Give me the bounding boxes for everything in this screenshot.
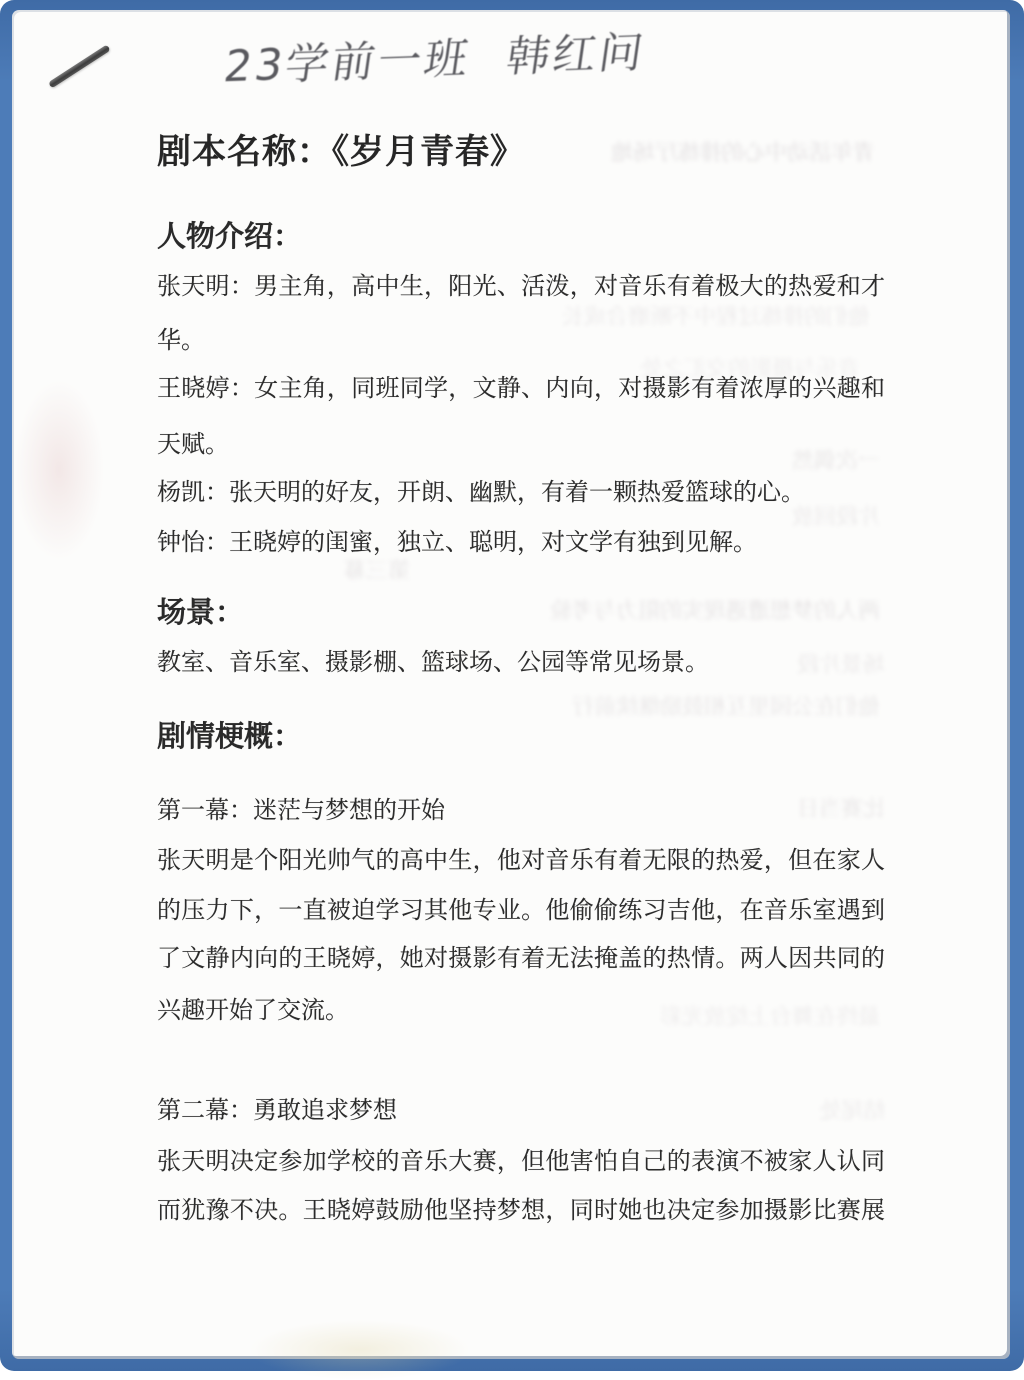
script-title: 剧本名称：《岁月青春》 — [157, 124, 525, 173]
act2-line: 张天明决定参加学校的音乐大赛，但他害怕自己的表演不被家人认同 — [157, 1141, 885, 1176]
act1-line: 的压力下，一直被迫学习其他专业。他偷偷练习吉他，在音乐室遇到 — [157, 890, 885, 925]
act1-line: 兴趣开始了交流。 — [157, 990, 349, 1025]
heading-scenes: 场景： — [157, 590, 244, 631]
act2-line: 而犹豫不决。王晓婷鼓励他坚持梦想，同时她也决定参加摄影比赛展 — [157, 1190, 885, 1225]
handwriting-gap — [468, 71, 504, 72]
character-line: 王晓婷：女主角，同班同学，文静、内向，对摄影有着浓厚的兴趣和 — [157, 368, 885, 403]
character-line: 钟怡：王晓婷的闺蜜，独立、聪明，对文学有独到见解。 — [157, 522, 757, 557]
act1-title: 第一幕：迷茫与梦想的开始 — [157, 790, 445, 825]
heading-characters: 人物介绍： — [157, 214, 302, 255]
heading-synopsis: 剧情梗概： — [157, 714, 302, 755]
character-line: 杨凯：张天明的好友，开朗、幽默，有着一颗热爱篮球的心。 — [157, 472, 805, 507]
handwritten-name: 韩红问 — [503, 28, 649, 83]
character-line: 张天明：男主角，高中生，阳光、活泼，对音乐有着极大的热爱和才 — [157, 266, 885, 301]
scenes-line: 教室、音乐室、摄影棚、篮球场、公园等常见场景。 — [157, 642, 709, 677]
act1-line: 了文静内向的王晓婷，她对摄影有着无法掩盖的热情。两人因共同的 — [157, 938, 885, 973]
character-line: 天赋。 — [157, 424, 229, 459]
handwritten-class-label: 23学前一班 — [221, 34, 474, 93]
act2-title: 第二幕：勇敢追求梦想 — [157, 1090, 397, 1125]
act1-line: 张天明是个阳光帅气的高中生，他对音乐有着无限的热爱，但在家人 — [157, 840, 885, 875]
character-line: 华。 — [157, 320, 205, 355]
